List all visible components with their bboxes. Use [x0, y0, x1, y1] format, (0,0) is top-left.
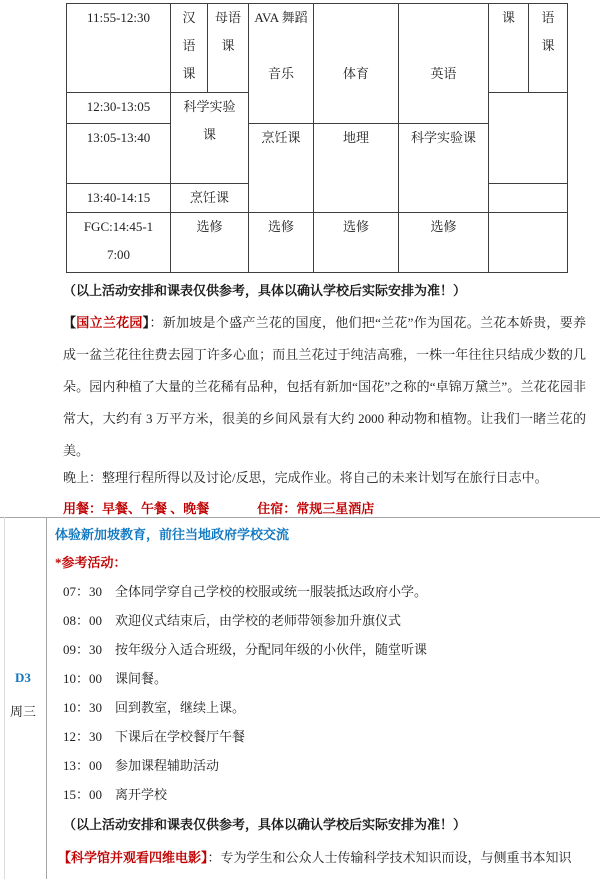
timetable-time-1230: 12:30-13:05 [67, 93, 171, 124]
orchid-garden-paragraph: 【国立兰花园】：新加坡是个盛产兰花的国度，他们把“兰花”作为国花。兰花本娇贵，要… [63, 307, 586, 467]
timetable-time-1155: 11:55-12:30 [67, 4, 171, 93]
timetable-cell-science-lab: 科学实验 课 [171, 93, 249, 184]
timetable-cell-right-empty-3 [489, 213, 568, 273]
timetable-cell-geography: 地理 [314, 124, 399, 213]
schedule-time: 15：00 [63, 787, 102, 802]
timetable-cell-pe: 体育 [314, 4, 399, 124]
schedule-activity: 课间餐。 [115, 671, 167, 686]
timetable-cell-cooking-left: 烹饪课 [171, 184, 249, 213]
meals-lodging-line: 用餐：早餐、午餐 、晚餐住宿：常规三星酒店 [63, 500, 586, 518]
schedule-item: 10：30回到教室，继续上课。 [63, 699, 586, 717]
schedule-item: 13：00参加课程辅助活动 [63, 757, 586, 775]
schedule-time: 09：30 [63, 642, 102, 657]
schedule-time: 10：30 [63, 700, 102, 715]
evening-activity-line: 晚上：整理行程所得以及讨论/反思，完成作业。将自己的未来计划写在旅行日志中。 [63, 469, 586, 487]
science-body-text: 专为学生和公众人士传输科学技术知识而设，与侧重书本知识 [221, 850, 572, 865]
timetable-cell-mother-tongue: 母语 课 [208, 4, 249, 93]
schedule-time: 12：30 [63, 729, 102, 744]
orchid-colon: ： [149, 315, 162, 330]
day2-content-section: （以上活动安排和课表仅供参考，具体以确认学校后实际安排为准！） 【国立兰花园】：… [0, 272, 600, 518]
science-colon: ： [208, 850, 221, 865]
schedule-activity: 离开学校 [115, 787, 167, 802]
timetable-cell-ava-dance-music: AVA 舞蹈 音乐 [249, 4, 314, 124]
timetable-time-1305: 13:05-13:40 [67, 124, 171, 184]
schedule-item: 07：30全体同学穿自己学校的校服或统一服装抵达政府小学。 [63, 583, 586, 601]
schedule-activity: 回到教室，继续上课。 [115, 700, 245, 715]
bracket-open: 【 [63, 315, 76, 330]
schedule-activity: 参加课程辅助活动 [115, 758, 219, 773]
schedule-item: 08：00欢迎仪式结束后，由学校的老师带领参加升旗仪式 [63, 612, 586, 630]
reference-notice: （以上活动安排和课表仅供参考，具体以确认学校后实际安排为准！） [63, 816, 586, 834]
timetable-cell-cooking: 烹饪课 [249, 124, 314, 213]
timetable-cell-right-empty-1 [489, 93, 568, 184]
day3-code-label: D3 [0, 669, 46, 687]
timetable-cell-chinese-class: 汉 语 课 [171, 4, 208, 93]
schedule-activity: 欢迎仪式结束后，由学校的老师带领参加升旗仪式 [115, 613, 401, 628]
day3-weekday-label: 周三 [0, 703, 46, 721]
reference-activity-label: *参考活动： [55, 554, 586, 572]
schedule-time: 07：30 [63, 584, 102, 599]
meals-text: 用餐：早餐、午餐 、晚餐 [63, 501, 209, 516]
timetable-cell-elective-4: 选修 [399, 213, 489, 273]
itinerary-document-page: 11:55-12:30 汉 语 课 母语 课 AVA 舞蹈 音乐 体育 英语 课… [0, 0, 600, 879]
schedule-item: 10：00课间餐。 [63, 670, 586, 688]
schedule-time: 10：00 [63, 671, 102, 686]
day3-content-section: 体验新加坡教育，前往当地政府学校交流 *参考活动： 07：30全体同学穿自己学校… [46, 517, 600, 867]
timetable-cell-right-empty-2 [489, 184, 568, 213]
class-timetable: 11:55-12:30 汉 语 课 母语 课 AVA 舞蹈 音乐 体育 英语 课… [66, 3, 568, 273]
timetable-cell-english: 英语 [399, 4, 489, 124]
science-museum-title: 【科学馆并观看四维电影】 [58, 850, 208, 865]
day3-theme-title: 体验新加坡教育，前往当地政府学校交流 [55, 526, 586, 544]
timetable-cell-col8: 语 课 [529, 4, 568, 93]
timetable-cell-elective-1: 选修 [171, 213, 249, 273]
schedule-activity: 全体同学穿自己学校的校服或统一服装抵达政府小学。 [115, 584, 427, 599]
schedule-activity: 按年级分入适合班级，分配同年级的小伙伴，随堂听课 [115, 642, 427, 657]
schedule-time: 08：00 [63, 613, 102, 628]
reference-notice: （以上活动安排和课表仅供参考，具体以确认学校后实际安排为准！） [63, 282, 586, 300]
lodging-text: 住宿：常规三星酒店 [257, 501, 374, 516]
timetable-time-1340: 13:40-14:15 [67, 184, 171, 213]
timetable-time-fgc: FGC:14:45-1 7:00 [67, 213, 171, 273]
timetable-cell-col7: 课 [489, 4, 529, 93]
orchid-body-text: 新加坡是个盛产兰花的国度，他们把“兰花”作为国花。兰花本娇贵，要养成一盆兰花往往… [63, 315, 586, 458]
outer-left-border [4, 517, 5, 879]
science-museum-paragraph: 【科学馆并观看四维电影】：专为学生和公众人士传输科学技术知识而设，与侧重书本知识 [58, 849, 586, 867]
timetable-cell-elective-3: 选修 [314, 213, 399, 273]
orchid-garden-title: 国立兰花园 [76, 315, 142, 330]
schedule-item: 09：30按年级分入适合班级，分配同年级的小伙伴，随堂听课 [63, 641, 586, 659]
schedule-time: 13：00 [63, 758, 102, 773]
schedule-activity: 下课后在学校餐厅午餐 [115, 729, 245, 744]
schedule-item: 12：30下课后在学校餐厅午餐 [63, 728, 586, 746]
schedule-item: 15：00离开学校 [63, 786, 586, 804]
timetable-cell-elective-2: 选修 [249, 213, 314, 273]
timetable-cell-science-lab-2: 科学实验课 [399, 124, 489, 213]
